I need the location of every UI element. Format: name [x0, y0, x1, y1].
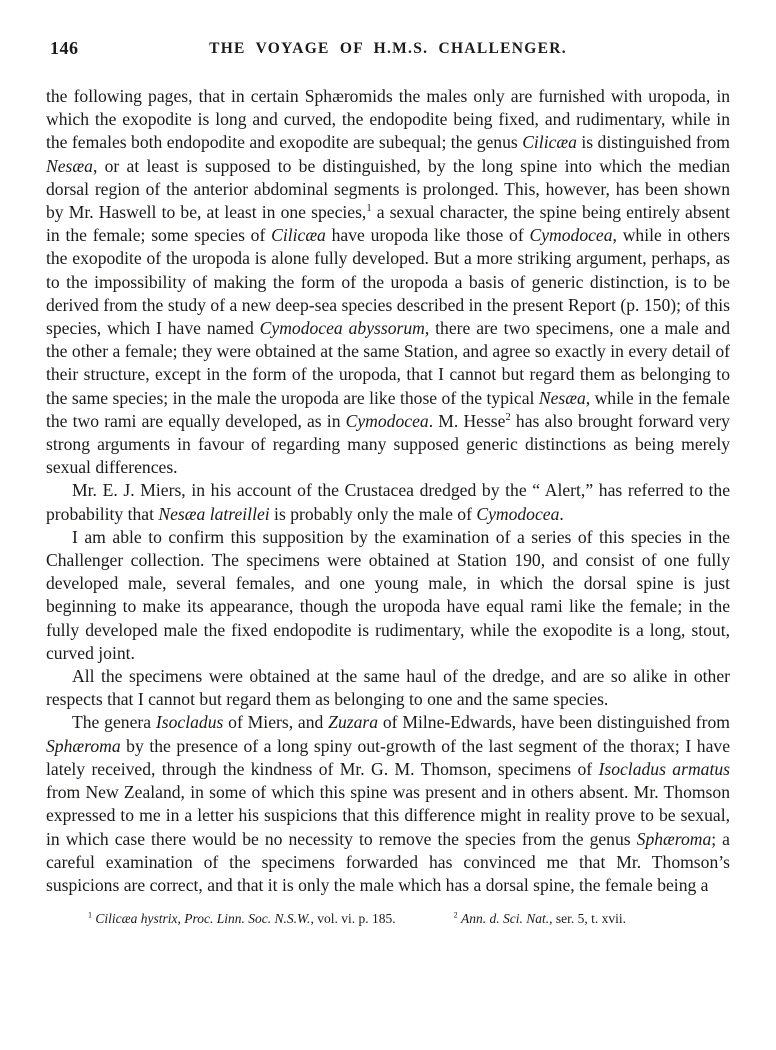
text-segment: Sphæroma: [637, 829, 712, 849]
text-segment: from New Zealand, in some of which this …: [46, 782, 730, 848]
text-segment: Sphæroma: [46, 736, 121, 756]
page-header: 146 THE VOYAGE OF H.M.S. CHALLENGER.: [0, 0, 776, 64]
footnote-marker: 2: [454, 911, 458, 920]
text-segment: Cilicæa: [522, 132, 577, 152]
text-segment: Nesæa: [539, 388, 586, 408]
paragraph: the following pages, that in certain Sph…: [46, 85, 730, 479]
footnote-text-segment: , ser. 5, t. xvii.: [549, 911, 626, 926]
text-segment: of Milne-Edwards, have been distinguishe…: [378, 712, 730, 732]
text-segment: Cilicæa: [271, 225, 326, 245]
text-segment: have uropoda like those of: [326, 225, 530, 245]
text-segment: of Miers, and: [223, 712, 328, 732]
footnotes: 1 Cilicæa hystrix, Proc. Linn. Soc. N.S.…: [46, 910, 730, 927]
text-segment: The genera: [72, 712, 156, 732]
text-segment: Cymodocea: [529, 225, 612, 245]
footnote: 1 Cilicæa hystrix, Proc. Linn. Soc. N.S.…: [88, 910, 396, 927]
page-number: 146: [50, 38, 79, 59]
footnote-text-segment: Ann. d. Sci. Nat.: [461, 911, 549, 926]
paragraph: The genera Isocladus of Miers, and Zuzar…: [46, 711, 730, 897]
text-segment: I am able to confirm this supposition by…: [46, 527, 730, 663]
paragraph: I am able to confirm this supposition by…: [46, 526, 730, 665]
text-segment: Nesæa: [46, 156, 93, 176]
text-segment: . M. Hesse: [429, 411, 506, 431]
paragraph: All the specimens were obtained at the s…: [46, 665, 730, 711]
text-segment: Isocladus: [156, 712, 223, 732]
text-segment: Nesæa latreillei: [158, 504, 269, 524]
footnote-marker: 1: [88, 911, 92, 920]
text-segment: Cymodocea: [346, 411, 429, 431]
page-body: the following pages, that in certain Sph…: [46, 85, 730, 897]
text-segment: Isocladus armatus: [599, 759, 730, 779]
paragraph: Mr. E. J. Miers, in his account of the C…: [46, 479, 730, 525]
text-segment: is probably only the male of: [270, 504, 477, 524]
text-segment: Cymodocea: [476, 504, 559, 524]
text-segment: All the specimens were obtained at the s…: [46, 666, 730, 709]
footnote-text-segment: Proc. Linn. Soc. N.S.W.: [184, 911, 310, 926]
text-segment: is distinguished from: [577, 132, 730, 152]
footnote-text-segment: Cilicæa hystrix: [95, 911, 177, 926]
text-segment: Cymodocea abyssorum: [260, 318, 425, 338]
text-segment: .: [559, 504, 563, 524]
text-segment: Zuzara: [328, 712, 378, 732]
book-page: 146 THE VOYAGE OF H.M.S. CHALLENGER. the…: [0, 0, 776, 1050]
footnote: 2 Ann. d. Sci. Nat., ser. 5, t. xvii.: [454, 910, 626, 927]
footnote-text-segment: , vol. vi. p. 185.: [310, 911, 395, 926]
running-title: THE VOYAGE OF H.M.S. CHALLENGER.: [0, 40, 776, 58]
